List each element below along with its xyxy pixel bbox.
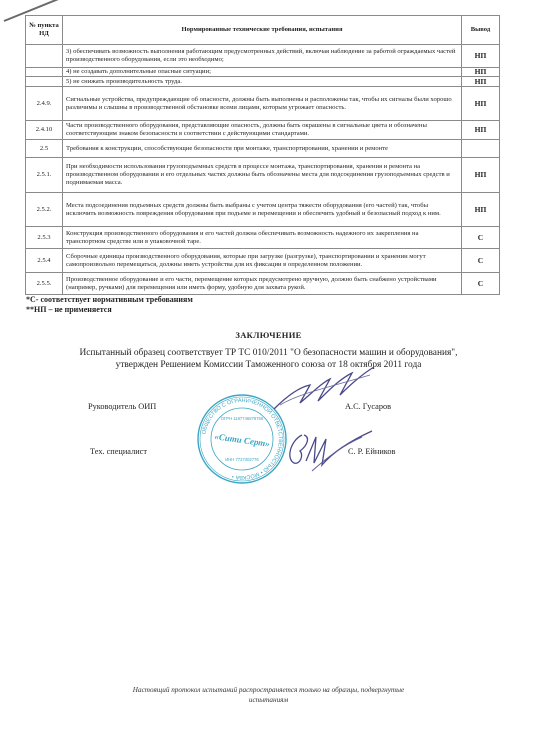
footer-disclaimer: Настоящий протокол испытаний распростран… xyxy=(0,685,537,705)
svg-text:ОГРН 1187746878756: ОГРН 1187746878756 xyxy=(221,416,264,421)
row-requirement: Части производственного оборудования, пр… xyxy=(63,121,462,140)
row-result: НП xyxy=(462,158,500,193)
row-result: НП xyxy=(462,68,500,77)
row-number xyxy=(26,77,63,87)
signature-role-specialist: Тех. специалист xyxy=(90,447,147,456)
row-requirement: Производственное оборудование и его част… xyxy=(63,273,462,295)
table-row: 4) не создавать дополнительные опасные с… xyxy=(26,68,500,77)
conclusion-title: ЗАКЛЮЧЕНИЕ xyxy=(0,330,537,340)
row-requirement: 3) обеспечивать возможность выполнения р… xyxy=(63,45,462,68)
row-result: НП xyxy=(462,87,500,121)
table-row: 2.5.1. При необходимости использования г… xyxy=(26,158,500,193)
table-row: 2.5.4 Сборочные единицы производственног… xyxy=(26,249,500,273)
note-not-applicable: **НП – не применяется xyxy=(26,305,193,315)
conclusion-line-1: Испытанный образец соответствует ТР ТС 0… xyxy=(0,347,537,359)
row-number: 2.5.1. xyxy=(26,158,63,193)
row-result: НП xyxy=(462,121,500,140)
table-row: 2.5.3 Конструкция производственного обор… xyxy=(26,227,500,249)
signature-role-head: Руководитель ОИП xyxy=(88,402,156,411)
row-result: С xyxy=(462,227,500,249)
row-result: НП xyxy=(462,193,500,227)
signature-head-icon xyxy=(270,365,380,417)
header-result: Вывод xyxy=(462,16,500,45)
table-row: 2.4.10 Части производственного оборудова… xyxy=(26,121,500,140)
table-row: 2.5.2. Места подсоединения подъемных сре… xyxy=(26,193,500,227)
svg-text:«Сити Серт»: «Сити Серт» xyxy=(214,431,271,449)
row-requirement: Сигнальные устройства, предупреждающие о… xyxy=(63,87,462,121)
row-number xyxy=(26,68,63,77)
row-number xyxy=(26,45,63,68)
note-compliant: *С- соответствует нормативным требования… xyxy=(26,295,193,305)
footer-line-1: Настоящий протокол испытаний распростран… xyxy=(0,685,537,695)
row-number: 2.5.3 xyxy=(26,227,63,249)
row-requirement: Конструкция производственного оборудован… xyxy=(63,227,462,249)
row-result: НП xyxy=(462,45,500,68)
requirements-table: № пункта НД Нормированные технические тр… xyxy=(25,15,500,295)
header-requirements: Нормированные технические требования, ис… xyxy=(63,16,462,45)
row-requirement: При необходимости использования грузопод… xyxy=(63,158,462,193)
table-row: 3) обеспечивать возможность выполнения р… xyxy=(26,45,500,68)
row-number: 2.5.2. xyxy=(26,193,63,227)
conclusion-line-2: утвержден Решением Комиссии Таможенного … xyxy=(0,359,537,371)
table-row: 2.5.5. Производственное оборудование и е… xyxy=(26,273,500,295)
row-requirement: Места подсоединения подъемных средств до… xyxy=(63,193,462,227)
row-number: 2.4.10 xyxy=(26,121,63,140)
svg-text:ИНН 7727402776: ИНН 7727402776 xyxy=(225,457,259,462)
row-number: 2.5 xyxy=(26,140,63,158)
table-row: 2.4.9. Сигнальные устройства, предупрежд… xyxy=(26,87,500,121)
footer-line-2: испытаниям xyxy=(0,695,537,705)
row-requirement: Требования к конструкции, способствующие… xyxy=(63,140,462,158)
header-item-number: № пункта НД xyxy=(26,16,63,45)
legend-notes: *С- соответствует нормативным требования… xyxy=(26,295,193,314)
row-result: С xyxy=(462,273,500,295)
row-result: НП xyxy=(462,77,500,87)
conclusion-text: Испытанный образец соответствует ТР ТС 0… xyxy=(0,347,537,371)
row-number: 2.5.4 xyxy=(26,249,63,273)
row-number: 2.4.9. xyxy=(26,87,63,121)
row-result xyxy=(462,140,500,158)
signature-specialist-icon xyxy=(282,425,377,475)
row-result: С xyxy=(462,249,500,273)
table-row: 5) не снижать производительность труда. … xyxy=(26,77,500,87)
table-row: 2.5 Требования к конструкции, способству… xyxy=(26,140,500,158)
row-requirement: 5) не снижать производительность труда. xyxy=(63,77,462,87)
row-number: 2.5.5. xyxy=(26,273,63,295)
row-requirement: Сборочные единицы производственного обор… xyxy=(63,249,462,273)
row-requirement: 4) не создавать дополнительные опасные с… xyxy=(63,68,462,77)
table-header-row: № пункта НД Нормированные технические тр… xyxy=(26,16,500,45)
